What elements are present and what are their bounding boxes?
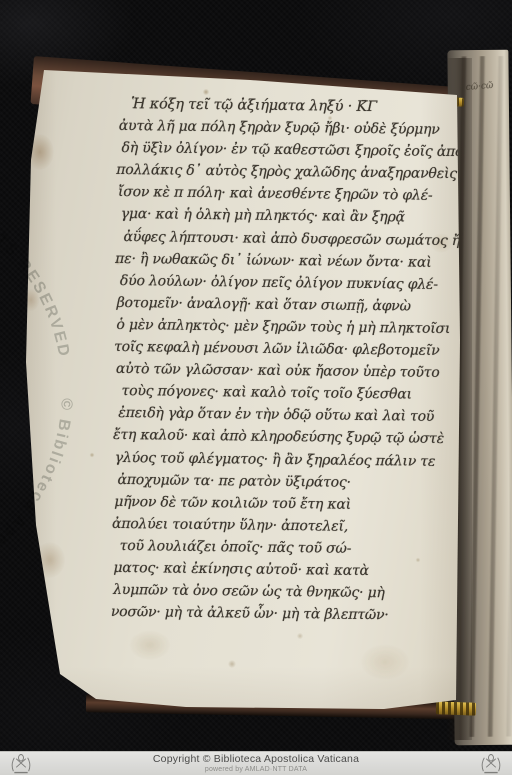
vatican-library-emblem-icon-left[interactable] [8,753,34,774]
viewer-footer-bar: Copyright © Biblioteca Apostolica Vatica… [0,751,512,775]
manuscript-text-block: Ἡ κόξη τεῖ τῷ ἀξιήματα ληξύ · Κ̄Γἀυτὰ λῆ… [113,93,461,627]
gilt-edge-bottom [436,701,476,715]
manuscript-page-image[interactable]: Ἡ κόξη τεῖ τῷ ἀξιήματα ληξύ · Κ̄Γἀυτὰ λῆ… [0,0,512,775]
manuscript-line: νοσῶν· μὴ τὰ ἀλκεῦ ὧν· μὴ τὰ βλεπτῶν· [111,601,455,627]
footer-text: Copyright © Biblioteca Apostolica Vatica… [34,754,478,773]
footer-powered-by-text: powered by AMLAD·NTT DATA [34,766,478,773]
footer-copyright-text: Copyright © Biblioteca Apostolica Vatica… [34,754,478,765]
vatican-library-emblem-icon-right[interactable] [478,753,504,774]
